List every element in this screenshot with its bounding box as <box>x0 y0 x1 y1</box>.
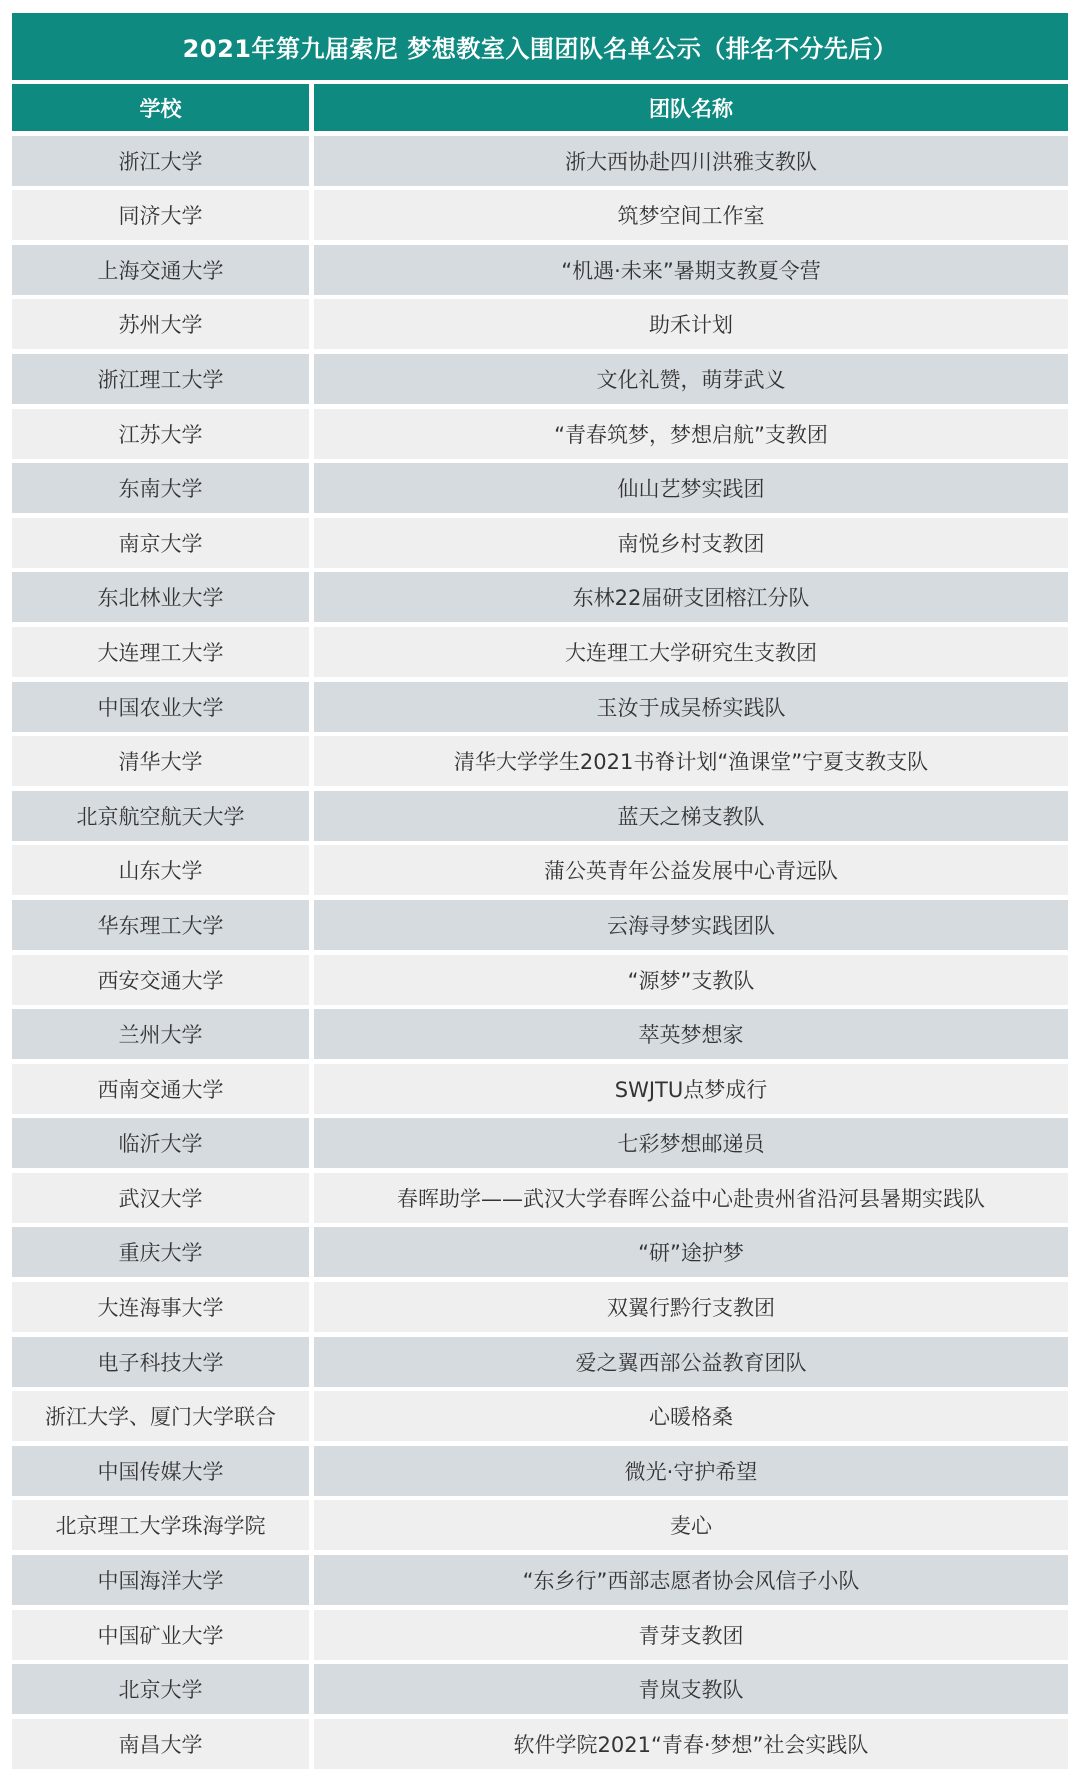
school-cell: 西南交通大学 <box>12 1064 309 1114</box>
school-cell: 苏州大学 <box>12 299 309 349</box>
table-row: 重庆大学 “研”途护梦 <box>12 1227 1068 1277</box>
table-row: 南京大学 南悦乡村支教团 <box>12 518 1068 568</box>
team-name-cell: “青春筑梦，梦想启航”支教团 <box>314 409 1068 459</box>
school-cell: 东北林业大学 <box>12 572 309 622</box>
team-name-cell: 心暖格桑 <box>314 1391 1068 1441</box>
table-row: 临沂大学 七彩梦想邮递员 <box>12 1118 1068 1168</box>
school-cell: 中国农业大学 <box>12 682 309 732</box>
school-cell: 电子科技大学 <box>12 1337 309 1387</box>
team-name-cell: 筑梦空间工作室 <box>314 190 1068 240</box>
school-cell: 大连理工大学 <box>12 627 309 677</box>
table-row: 东南大学 仙山艺梦实践团 <box>12 463 1068 513</box>
table-row: 上海交通大学 “机遇·未来”暑期支教夏令营 <box>12 245 1068 295</box>
team-name-cell: 东林22届研支团榕江分队 <box>314 572 1068 622</box>
table-row: 北京理工大学珠海学院 麦心 <box>12 1500 1068 1550</box>
team-name-cell: 春晖助学——武汉大学春晖公益中心赴贵州省沿河县暑期实践队 <box>314 1173 1068 1223</box>
table-row: 中国传媒大学 微光·守护希望 <box>12 1446 1068 1496</box>
team-name-cell: 蒲公英青年公益发展中心青远队 <box>314 845 1068 895</box>
school-cell: 华东理工大学 <box>12 900 309 950</box>
table-title: 2021年第九届索尼 梦想教室入围团队名单公示（排名不分先后） <box>12 13 1068 80</box>
table-row: 东北林业大学 东林22届研支团榕江分队 <box>12 572 1068 622</box>
school-cell: 清华大学 <box>12 736 309 786</box>
team-name-cell: 清华大学学生2021书脊计划“渔课堂”宁夏支教支队 <box>314 736 1068 786</box>
team-name-cell: 微光·守护希望 <box>314 1446 1068 1496</box>
team-name-cell: SWJTU点梦成行 <box>314 1064 1068 1114</box>
team-name-cell: 麦心 <box>314 1500 1068 1550</box>
table-row: 中国农业大学 玉汝于成吴桥实践队 <box>12 682 1068 732</box>
team-name-cell: “源梦”支教队 <box>314 955 1068 1005</box>
school-cell: 浙江大学 <box>12 136 309 186</box>
table-row: 北京航空航天大学 蓝天之梯支教队 <box>12 791 1068 841</box>
table-row: 浙江理工大学 文化礼赞，萌芽武义 <box>12 354 1068 404</box>
school-cell: 大连海事大学 <box>12 1282 309 1332</box>
team-name-cell: 青芽支教团 <box>314 1610 1068 1660</box>
team-name-cell: 南悦乡村支教团 <box>314 518 1068 568</box>
school-cell: 南京大学 <box>12 518 309 568</box>
school-cell: 北京航空航天大学 <box>12 791 309 841</box>
table-row: 山东大学 蒲公英青年公益发展中心青远队 <box>12 845 1068 895</box>
team-name-cell: “研”途护梦 <box>314 1227 1068 1277</box>
table-row: 大连理工大学 大连理工大学研究生支教团 <box>12 627 1068 677</box>
school-cell: 武汉大学 <box>12 1173 309 1223</box>
team-name-cell: 助禾计划 <box>314 299 1068 349</box>
school-cell: 西安交通大学 <box>12 955 309 1005</box>
table-row: 中国海洋大学 “东乡行”西部志愿者协会风信子小队 <box>12 1555 1068 1605</box>
table-row: 武汉大学 春晖助学——武汉大学春晖公益中心赴贵州省沿河县暑期实践队 <box>12 1173 1068 1223</box>
table-row: 中国矿业大学 青芽支教团 <box>12 1610 1068 1660</box>
school-cell: 中国传媒大学 <box>12 1446 309 1496</box>
school-cell: 南昌大学 <box>12 1719 309 1769</box>
school-cell: 临沂大学 <box>12 1118 309 1168</box>
school-cell: 重庆大学 <box>12 1227 309 1277</box>
table-row: 大连海事大学 双翼行黔行支教团 <box>12 1282 1068 1332</box>
team-name-cell: 云海寻梦实践团队 <box>314 900 1068 950</box>
column-header-school: 学校 <box>12 84 309 131</box>
table-body: 浙江大学 浙大西协赴四川洪雅支教队 同济大学 筑梦空间工作室 上海交通大学 “机… <box>12 136 1068 1769</box>
team-list-table: 2021年第九届索尼 梦想教室入围团队名单公示（排名不分先后） 学校 团队名称 … <box>12 13 1068 1769</box>
team-name-cell: 文化礼赞，萌芽武义 <box>314 354 1068 404</box>
team-name-cell: 软件学院2021“青春·梦想”社会实践队 <box>314 1719 1068 1769</box>
table-header-row: 学校 团队名称 <box>12 84 1068 131</box>
table-row: 苏州大学 助禾计划 <box>12 299 1068 349</box>
team-name-cell: 大连理工大学研究生支教团 <box>314 627 1068 677</box>
team-name-cell: 双翼行黔行支教团 <box>314 1282 1068 1332</box>
team-name-cell: 萃英梦想家 <box>314 1009 1068 1059</box>
table-row: 浙江大学、厦门大学联合 心暖格桑 <box>12 1391 1068 1441</box>
school-cell: 山东大学 <box>12 845 309 895</box>
team-name-cell: 仙山艺梦实践团 <box>314 463 1068 513</box>
column-header-team: 团队名称 <box>314 84 1068 131</box>
team-name-cell: 玉汝于成吴桥实践队 <box>314 682 1068 732</box>
table-row: 南昌大学 软件学院2021“青春·梦想”社会实践队 <box>12 1719 1068 1769</box>
team-name-cell: 浙大西协赴四川洪雅支教队 <box>314 136 1068 186</box>
school-cell: 同济大学 <box>12 190 309 240</box>
team-name-cell: 爱之翼西部公益教育团队 <box>314 1337 1068 1387</box>
team-name-cell: “东乡行”西部志愿者协会风信子小队 <box>314 1555 1068 1605</box>
table-row: 浙江大学 浙大西协赴四川洪雅支教队 <box>12 136 1068 186</box>
table-row: 江苏大学 “青春筑梦，梦想启航”支教团 <box>12 409 1068 459</box>
school-cell: 浙江理工大学 <box>12 354 309 404</box>
school-cell: 北京大学 <box>12 1664 309 1714</box>
team-name-cell: 蓝天之梯支教队 <box>314 791 1068 841</box>
school-cell: 北京理工大学珠海学院 <box>12 1500 309 1550</box>
school-cell: 东南大学 <box>12 463 309 513</box>
school-cell: 浙江大学、厦门大学联合 <box>12 1391 309 1441</box>
table-row: 西安交通大学 “源梦”支教队 <box>12 955 1068 1005</box>
table-row: 同济大学 筑梦空间工作室 <box>12 190 1068 240</box>
team-name-cell: 七彩梦想邮递员 <box>314 1118 1068 1168</box>
table-row: 电子科技大学 爱之翼西部公益教育团队 <box>12 1337 1068 1387</box>
school-cell: 中国矿业大学 <box>12 1610 309 1660</box>
team-name-cell: “机遇·未来”暑期支教夏令营 <box>314 245 1068 295</box>
table-row: 华东理工大学 云海寻梦实践团队 <box>12 900 1068 950</box>
table-row: 兰州大学 萃英梦想家 <box>12 1009 1068 1059</box>
school-cell: 中国海洋大学 <box>12 1555 309 1605</box>
table-row: 清华大学 清华大学学生2021书脊计划“渔课堂”宁夏支教支队 <box>12 736 1068 786</box>
table-row: 北京大学 青岚支教队 <box>12 1664 1068 1714</box>
school-cell: 上海交通大学 <box>12 245 309 295</box>
table-row: 西南交通大学 SWJTU点梦成行 <box>12 1064 1068 1114</box>
school-cell: 江苏大学 <box>12 409 309 459</box>
team-name-cell: 青岚支教队 <box>314 1664 1068 1714</box>
school-cell: 兰州大学 <box>12 1009 309 1059</box>
